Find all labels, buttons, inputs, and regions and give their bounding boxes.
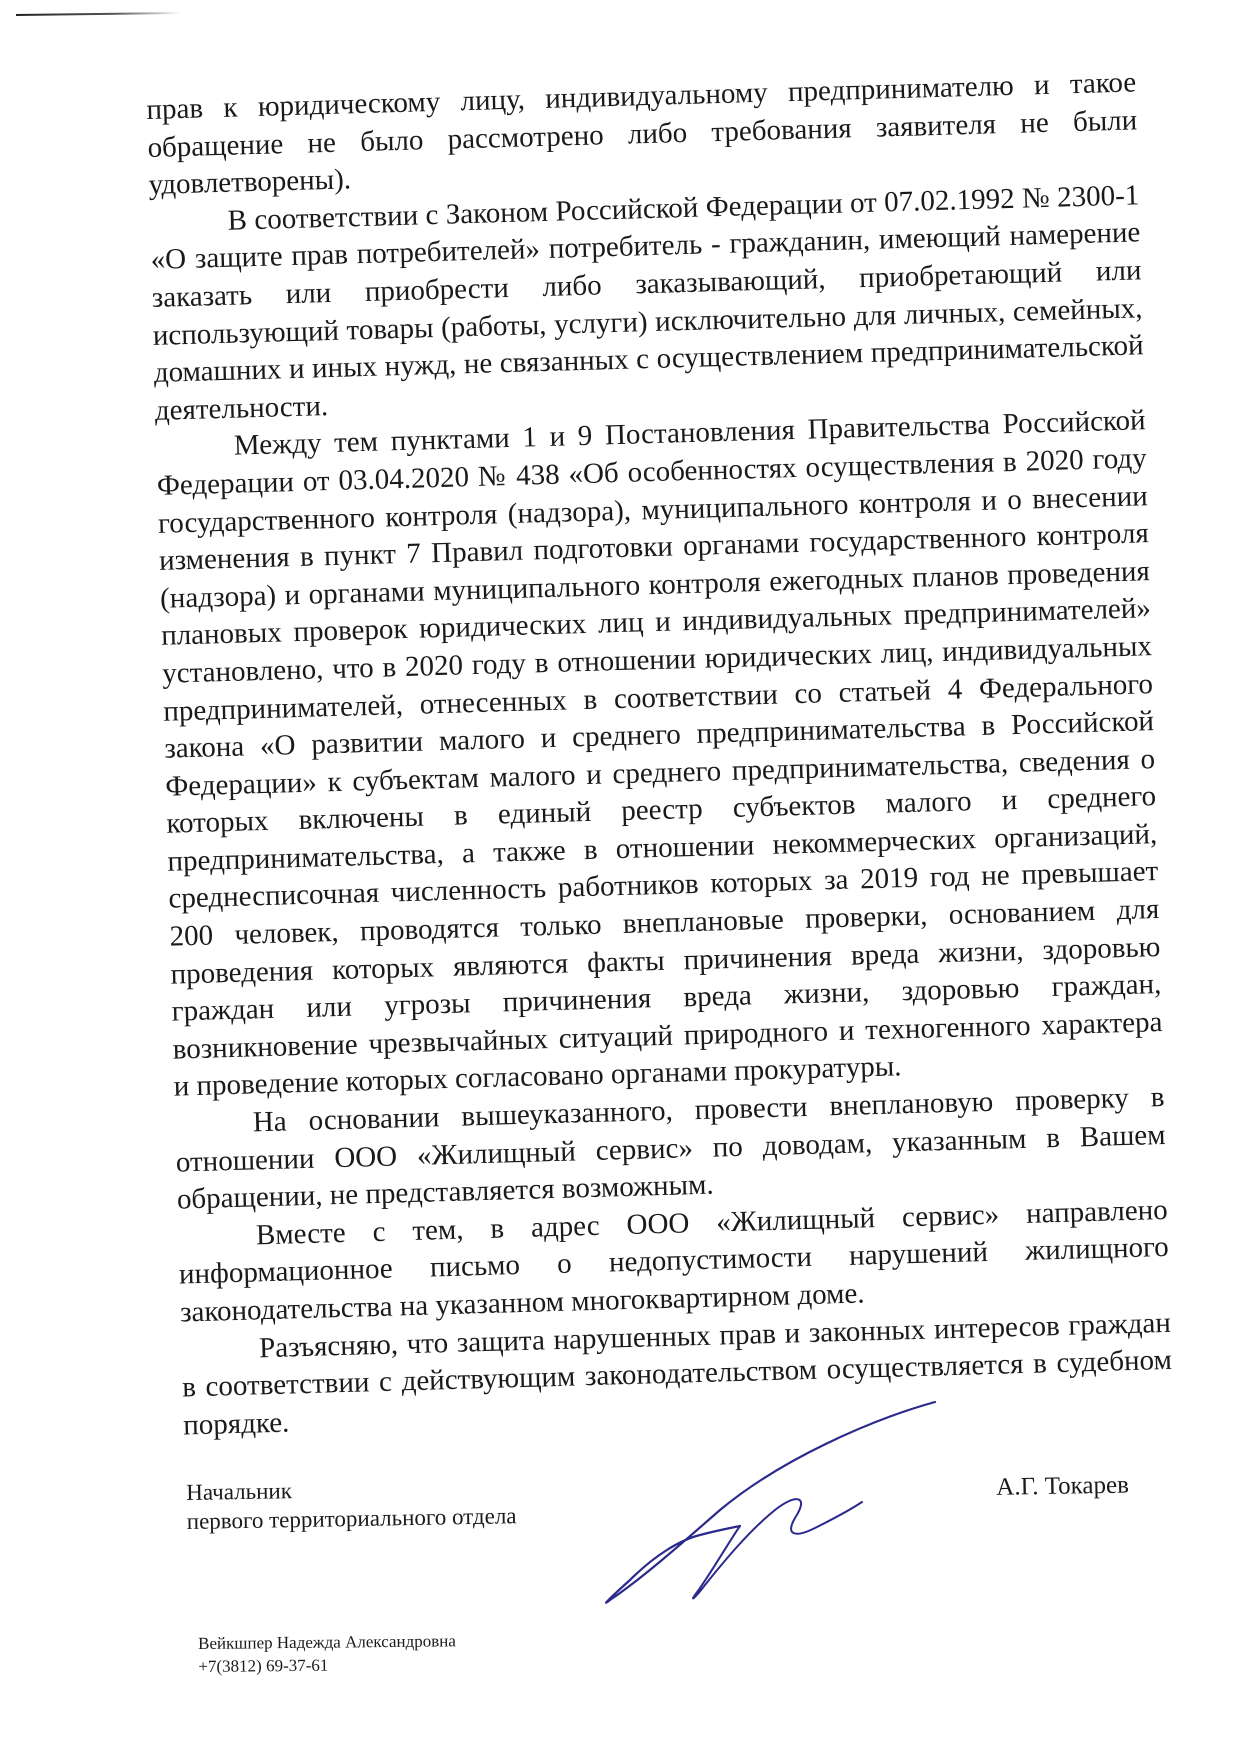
paragraph-consumer-law: В соответствии с Законом Российской Феде… [149,177,1145,430]
executor-phone: +7(3812) 69-37-61 [198,1652,456,1678]
executor-contact: Вейкшпер Надежда Александровна +7(3812) … [198,1629,456,1678]
handwritten-signature-icon [580,1390,980,1620]
signer-position: Начальник первого территориального отдел… [186,1472,517,1536]
scan-artifact-line [16,12,181,16]
body-text: прав к юридическому лицу, индивидуальном… [146,64,1173,1444]
paragraph-government-decree: Между тем пунктами 1 и 9 Постановления П… [155,403,1164,1107]
executor-name: Вейкшпер Надежда Александровна [198,1629,456,1655]
letter-body: прав к юридическому лицу, индивидуальном… [146,64,1183,1445]
signer-position-line2: первого территориального отдела [187,1501,517,1536]
signer-name: А.Г. Токарев [996,1472,1129,1502]
